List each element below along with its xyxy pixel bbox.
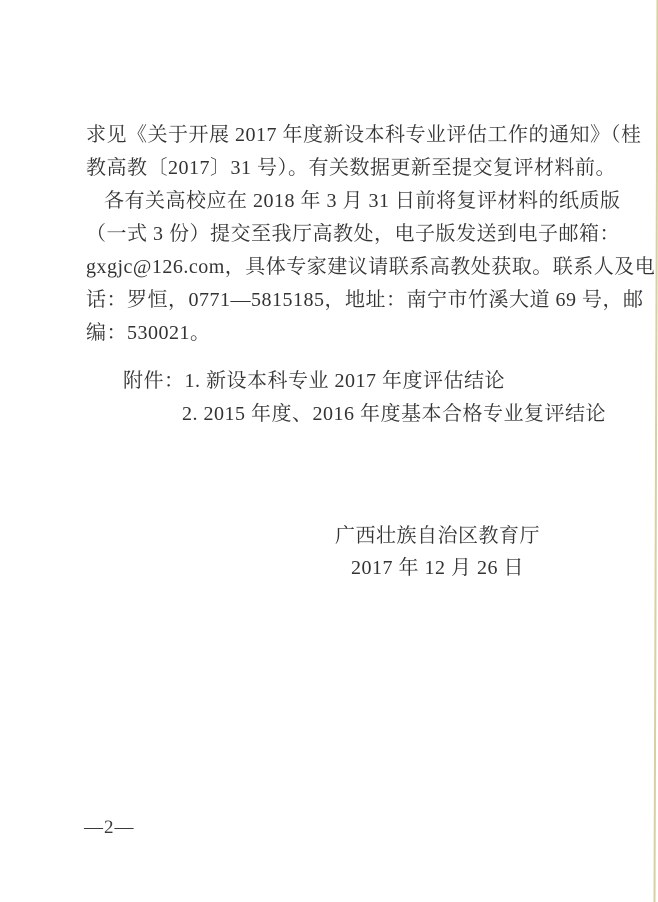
signature-date: 2017 年 12 月 26 日 xyxy=(280,552,595,584)
text-line: 求见《关于开展 2017 年度新设本科专业评估工作的通知》（桂 xyxy=(86,119,591,152)
attachment-line-2: 2. 2015 年度、2016 年度基本合格专业复评结论 xyxy=(86,398,606,431)
signature-block: 广西壮族自治区教育厅 2017 年 12 月 26 日 xyxy=(280,520,595,584)
page-number: —2— xyxy=(84,817,135,839)
signature-organization: 广西壮族自治区教育厅 xyxy=(280,520,595,552)
text-line: （一式 3 份）提交至我厅高教处，电子版发送到电子邮箱： xyxy=(86,218,591,251)
text-line: 编：530021。 xyxy=(86,317,591,350)
attachment-line-1: 附件：1. 新设本科专业 2017 年度评估结论 xyxy=(86,365,606,398)
text-line: 教高教〔2017〕31 号）。有关数据更新至提交复评材料前。 xyxy=(86,152,591,185)
document-body: 求见《关于开展 2017 年度新设本科专业评估工作的通知》（桂 教高教〔2017… xyxy=(86,119,591,350)
text-line: 话：罗恒，0771—5815185，地址：南宁市竹溪大道 69 号，邮 xyxy=(86,284,591,317)
document-page: 求见《关于开展 2017 年度新设本科专业评估工作的通知》（桂 教高教〔2017… xyxy=(0,0,658,902)
text-line: gxgjc@126.com，具体专家建议请联系高教处获取。联系人及电 xyxy=(86,251,591,284)
text-line: 各有关高校应在 2018 年 3 月 31 日前将复评材料的纸质版 xyxy=(86,185,591,218)
scan-artifact-line xyxy=(653,0,658,902)
attachment-list: 附件：1. 新设本科专业 2017 年度评估结论 2. 2015 年度、2016… xyxy=(86,365,606,431)
